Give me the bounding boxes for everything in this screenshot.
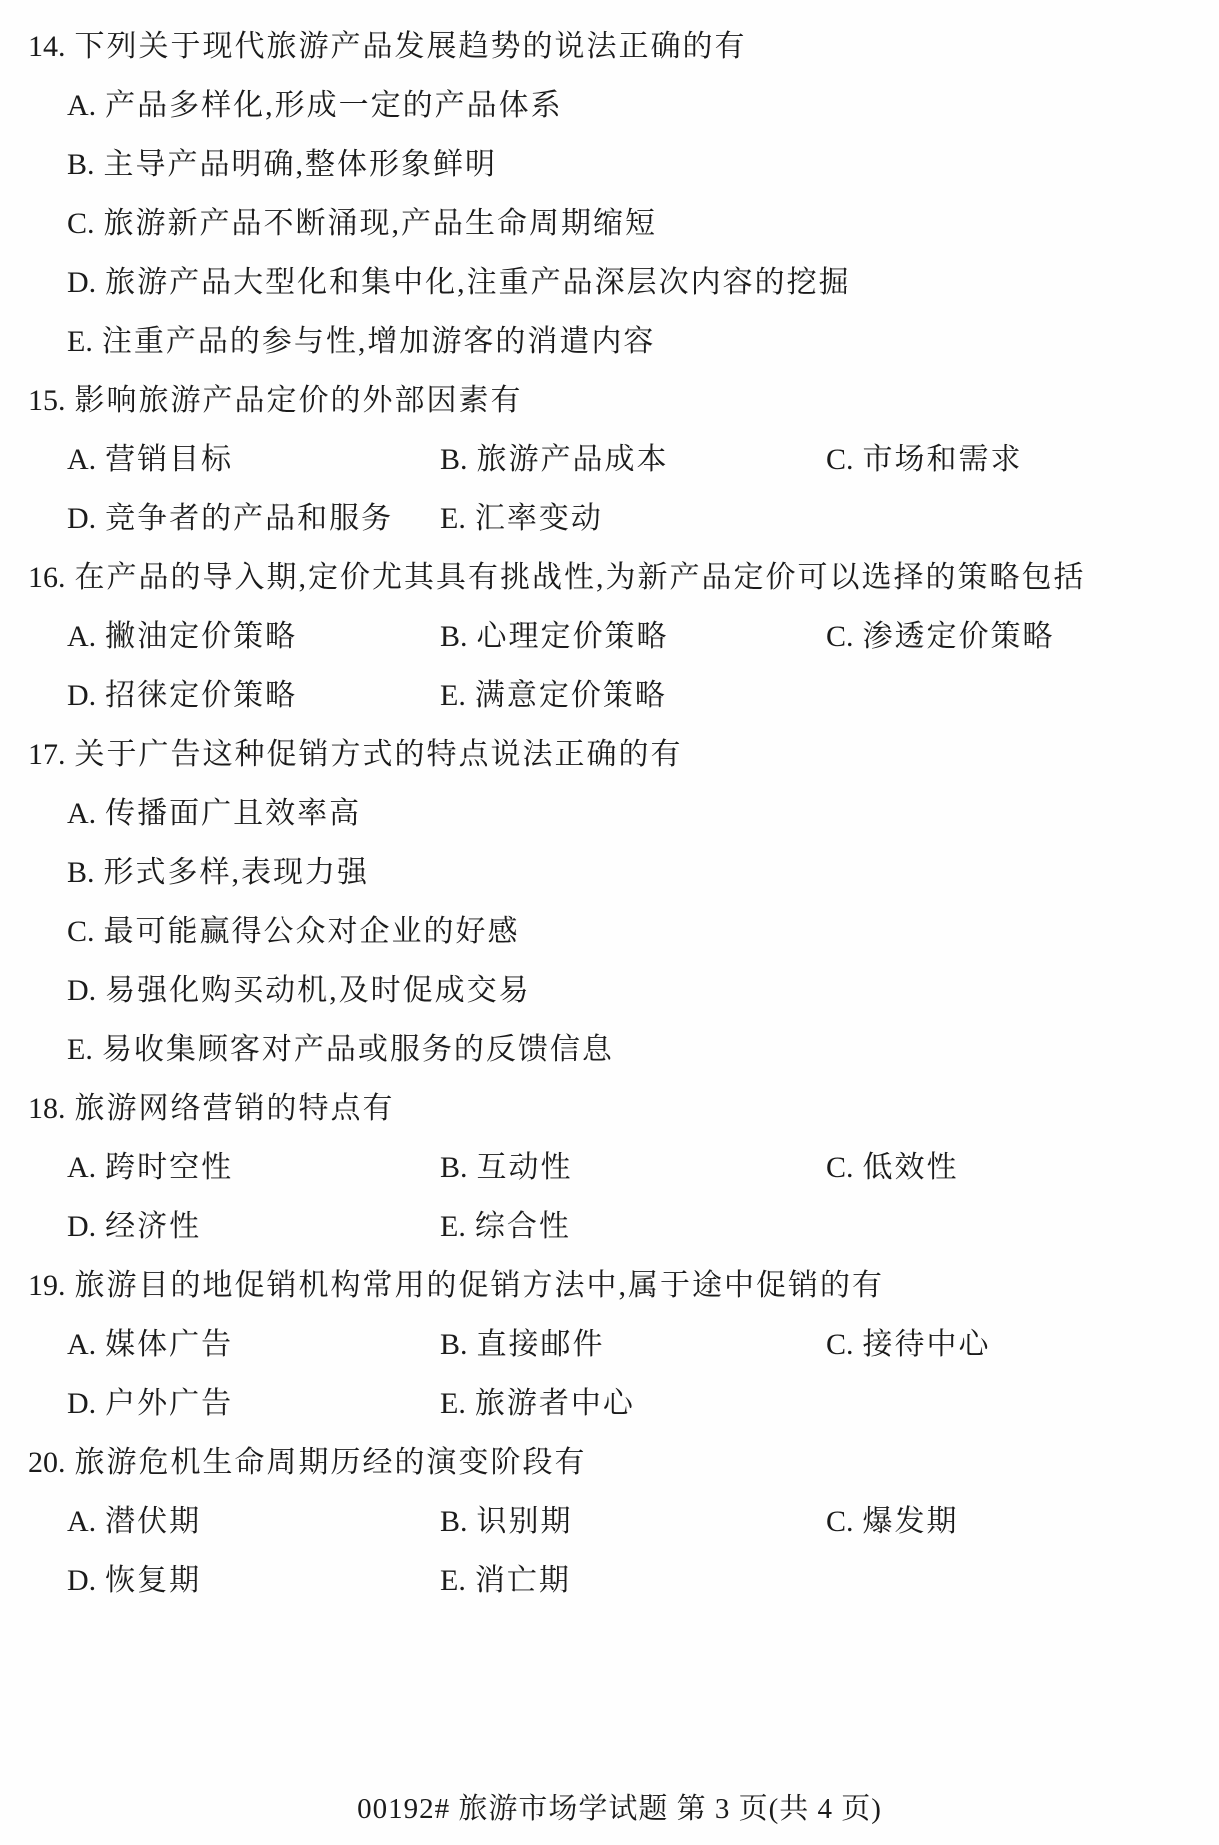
question-14-option-b: B.主导产品明确,整体形象鲜明 — [0, 135, 1219, 194]
question-16-option-c: C.渗透定价策略 — [826, 607, 1055, 666]
page-footer: 00192# 旅游市场学试题 第 3 页(共 4 页) — [10, 1786, 1219, 1827]
question-17-option-b: B.形式多样,表现力强 — [0, 843, 1219, 902]
question-18-option-a: A.跨时空性 — [67, 1138, 233, 1197]
question-14-option-e: E.注重产品的参与性,增加游客的消遣内容 — [0, 312, 1219, 371]
question-15-stem: 15.影响旅游产品定价的外部因素有 — [0, 371, 1219, 430]
option-label: E. — [67, 1020, 93, 1079]
exam-page: 14.下列关于现代旅游产品发展趋势的说法正确的有 A.产品多样化,形成一定的产品… — [0, 0, 1219, 1845]
question-20-stem: 20.旅游危机生命周期历经的演变阶段有 — [0, 1433, 1219, 1492]
question-15-options-de: D.竞争者的产品和服务 E.汇率变动 — [0, 489, 1219, 548]
question-20-options-de: D.恢复期 E.消亡期 — [0, 1551, 1219, 1610]
option-label: E. — [67, 312, 93, 371]
option-label: A. — [67, 784, 96, 843]
option-text: 旅游产品大型化和集中化,注重产品深层次内容的挖掘 — [105, 266, 851, 299]
exam-content: 14.下列关于现代旅游产品发展趋势的说法正确的有 A.产品多样化,形成一定的产品… — [0, 17, 1219, 1610]
question-14-stem: 14.下列关于现代旅游产品发展趋势的说法正确的有 — [0, 17, 1219, 76]
question-number: 15. — [28, 371, 66, 430]
question-text: 在产品的导入期,定价尤其具有挑战性,为新产品定价可以选择的策略包括 — [75, 561, 1086, 594]
question-17: 17.关于广告这种促销方式的特点说法正确的有 A.传播面广且效率高 B.形式多样… — [0, 725, 1219, 1079]
question-20-option-c: C.爆发期 — [826, 1492, 959, 1551]
option-text: 最可能赢得公众对企业的好感 — [104, 915, 520, 948]
question-text: 影响旅游产品定价的外部因素有 — [75, 384, 523, 417]
question-16-option-a: A.撇油定价策略 — [67, 607, 297, 666]
question-16-option-b: B.心理定价策略 — [440, 607, 669, 666]
question-15-option-b: B.旅游产品成本 — [440, 430, 669, 489]
question-14: 14.下列关于现代旅游产品发展趋势的说法正确的有 A.产品多样化,形成一定的产品… — [0, 17, 1219, 371]
question-number: 16. — [28, 548, 66, 607]
question-19-stem: 19.旅游目的地促销机构常用的促销方法中,属于途中促销的有 — [0, 1256, 1219, 1315]
option-label: B. — [67, 135, 95, 194]
question-15: 15.影响旅游产品定价的外部因素有 A.营销目标 B.旅游产品成本 C.市场和需… — [0, 371, 1219, 548]
question-16-stem: 16.在产品的导入期,定价尤其具有挑战性,为新产品定价可以选择的策略包括 — [0, 548, 1219, 607]
question-text: 下列关于现代旅游产品发展趋势的说法正确的有 — [75, 30, 747, 63]
question-18-option-d: D.经济性 — [67, 1197, 201, 1256]
option-label: D. — [67, 961, 96, 1020]
question-17-option-d: D.易强化购买动机,及时促成交易 — [0, 961, 1219, 1020]
question-16: 16.在产品的导入期,定价尤其具有挑战性,为新产品定价可以选择的策略包括 A.撇… — [0, 548, 1219, 725]
question-text: 关于广告这种促销方式的特点说法正确的有 — [75, 738, 683, 771]
question-15-option-a: A.营销目标 — [67, 430, 233, 489]
question-20-options-abc: A.潜伏期 B.识别期 C.爆发期 — [0, 1492, 1219, 1551]
question-14-option-d: D.旅游产品大型化和集中化,注重产品深层次内容的挖掘 — [0, 253, 1219, 312]
question-17-stem: 17.关于广告这种促销方式的特点说法正确的有 — [0, 725, 1219, 784]
option-label: B. — [67, 843, 95, 902]
question-number: 18. — [28, 1079, 66, 1138]
question-15-option-e: E.汇率变动 — [440, 489, 603, 548]
question-number: 14. — [28, 17, 66, 76]
question-19-option-b: B.直接邮件 — [440, 1315, 605, 1374]
question-19-option-e: E.旅游者中心 — [440, 1374, 635, 1433]
question-15-option-c: C.市场和需求 — [826, 430, 1023, 489]
question-19-options-abc: A.媒体广告 B.直接邮件 C.接待中心 — [0, 1315, 1219, 1374]
question-20: 20.旅游危机生命周期历经的演变阶段有 A.潜伏期 B.识别期 C.爆发期 D.… — [0, 1433, 1219, 1610]
question-20-option-b: B.识别期 — [440, 1492, 573, 1551]
question-text: 旅游网络营销的特点有 — [75, 1092, 395, 1125]
question-17-option-c: C.最可能赢得公众对企业的好感 — [0, 902, 1219, 961]
option-label: A. — [67, 76, 96, 135]
question-20-option-a: A.潜伏期 — [67, 1492, 201, 1551]
option-label: C. — [67, 194, 95, 253]
question-16-option-d: D.招徕定价策略 — [67, 666, 297, 725]
question-18-option-e: E.综合性 — [440, 1197, 571, 1256]
question-text: 旅游目的地促销机构常用的促销方法中,属于途中促销的有 — [75, 1269, 885, 1302]
question-number: 17. — [28, 725, 66, 784]
question-19-option-c: C.接待中心 — [826, 1315, 991, 1374]
question-14-option-c: C.旅游新产品不断涌现,产品生命周期缩短 — [0, 194, 1219, 253]
question-17-option-e: E.易收集顾客对产品或服务的反馈信息 — [0, 1020, 1219, 1079]
question-18-options-abc: A.跨时空性 B.互动性 C.低效性 — [0, 1138, 1219, 1197]
option-text: 旅游新产品不断涌现,产品生命周期缩短 — [104, 207, 658, 240]
question-18-stem: 18.旅游网络营销的特点有 — [0, 1079, 1219, 1138]
question-18-option-b: B.互动性 — [440, 1138, 573, 1197]
option-text: 形式多样,表现力强 — [104, 856, 370, 889]
question-17-option-a: A.传播面广且效率高 — [0, 784, 1219, 843]
question-18-option-c: C.低效性 — [826, 1138, 959, 1197]
question-16-option-e: E.满意定价策略 — [440, 666, 667, 725]
option-text: 产品多样化,形成一定的产品体系 — [105, 89, 563, 122]
question-19-option-d: D.户外广告 — [67, 1374, 233, 1433]
question-15-options-abc: A.营销目标 B.旅游产品成本 C.市场和需求 — [0, 430, 1219, 489]
question-16-options-abc: A.撇油定价策略 B.心理定价策略 C.渗透定价策略 — [0, 607, 1219, 666]
question-18: 18.旅游网络营销的特点有 A.跨时空性 B.互动性 C.低效性 D.经济性 E… — [0, 1079, 1219, 1256]
question-15-option-d: D.竞争者的产品和服务 — [67, 489, 393, 548]
option-text: 注重产品的参与性,增加游客的消遣内容 — [102, 325, 656, 358]
question-number: 20. — [28, 1433, 66, 1492]
question-19-option-a: A.媒体广告 — [67, 1315, 233, 1374]
question-16-options-de: D.招徕定价策略 E.满意定价策略 — [0, 666, 1219, 725]
option-text: 易强化购买动机,及时促成交易 — [105, 974, 531, 1007]
question-19-options-de: D.户外广告 E.旅游者中心 — [0, 1374, 1219, 1433]
question-14-option-a: A.产品多样化,形成一定的产品体系 — [0, 76, 1219, 135]
option-label: C. — [67, 902, 95, 961]
question-number: 19. — [28, 1256, 66, 1315]
question-20-option-d: D.恢复期 — [67, 1551, 201, 1610]
question-19: 19.旅游目的地促销机构常用的促销方法中,属于途中促销的有 A.媒体广告 B.直… — [0, 1256, 1219, 1433]
question-text: 旅游危机生命周期历经的演变阶段有 — [75, 1446, 587, 1479]
option-text: 主导产品明确,整体形象鲜明 — [104, 148, 498, 181]
option-label: D. — [67, 253, 96, 312]
option-text: 易收集顾客对产品或服务的反馈信息 — [102, 1033, 614, 1066]
question-20-option-e: E.消亡期 — [440, 1551, 571, 1610]
option-text: 传播面广且效率高 — [105, 797, 361, 830]
question-18-options-de: D.经济性 E.综合性 — [0, 1197, 1219, 1256]
